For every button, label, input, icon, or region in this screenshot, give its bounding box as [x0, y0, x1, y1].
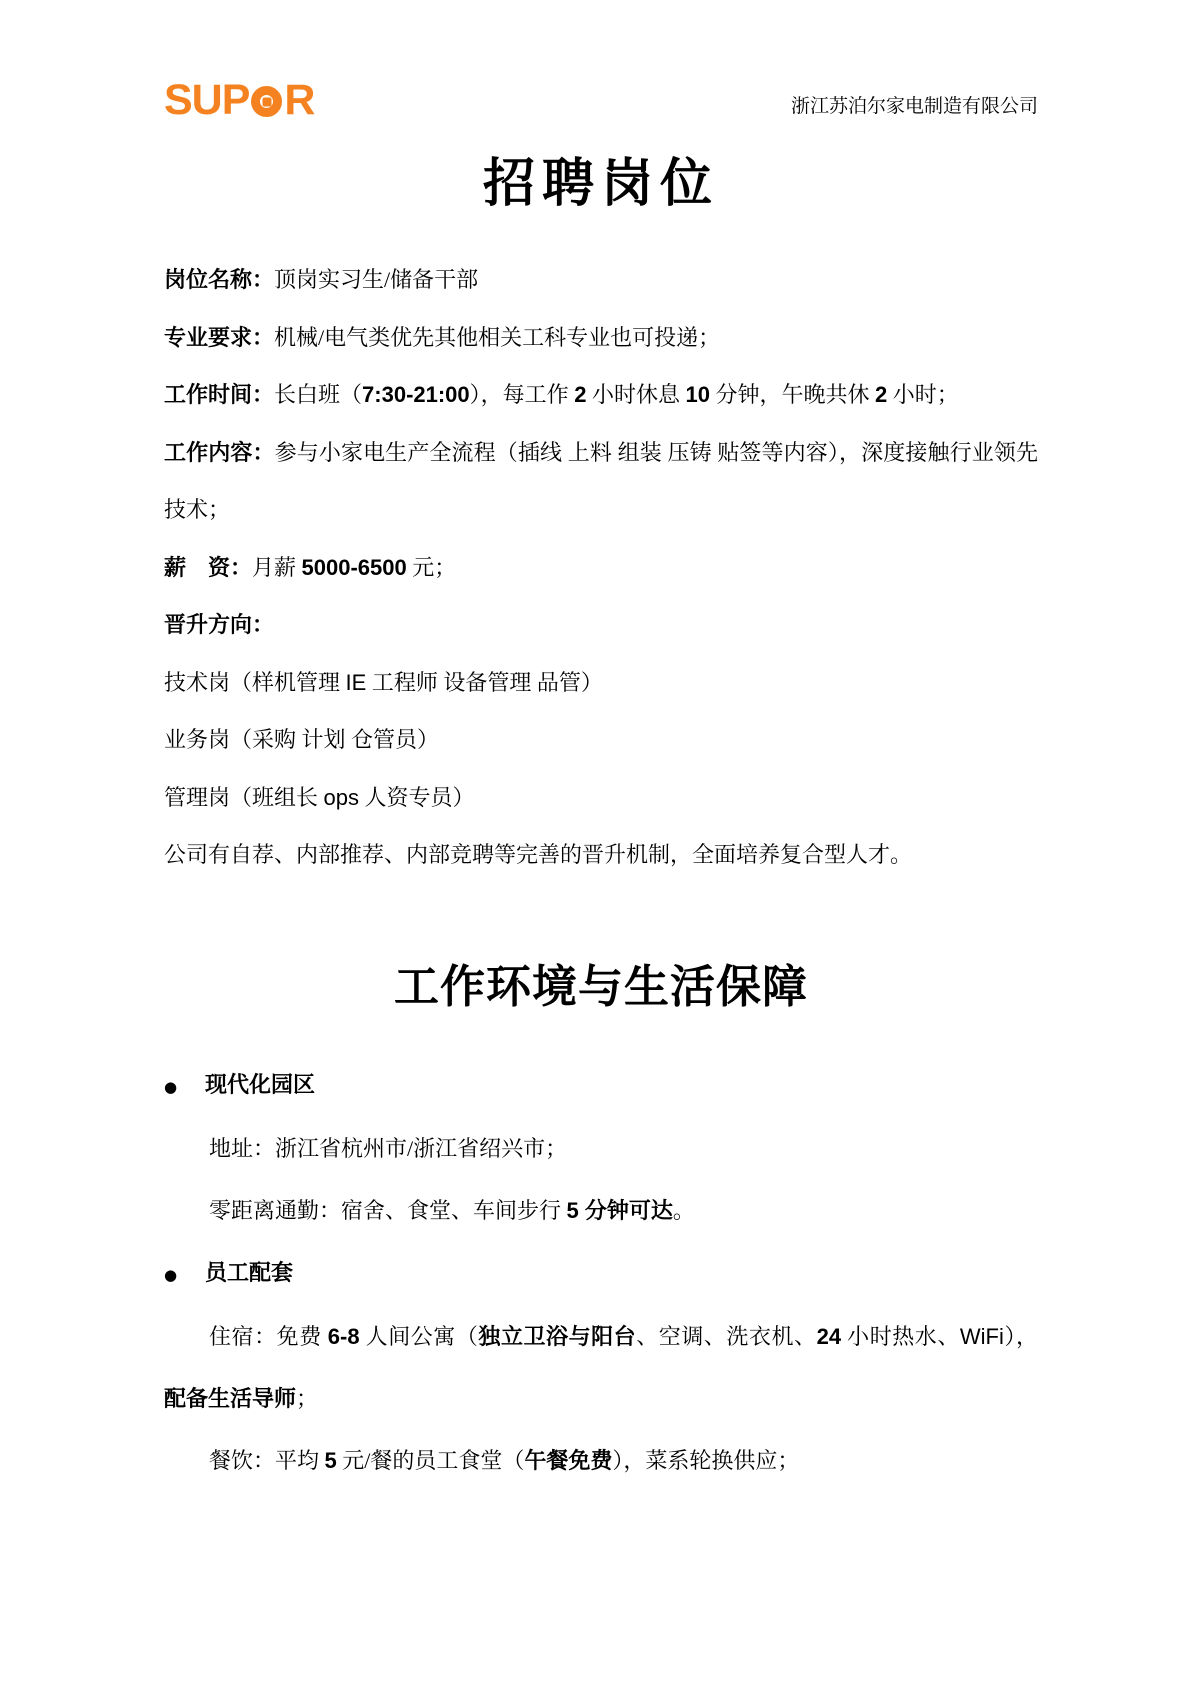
supor-logo: SUPR — [164, 79, 314, 122]
text-segment: 。 — [673, 1198, 695, 1223]
job-title-line: 岗位名称：顶岗实习生/储备干部 — [164, 251, 1038, 309]
text-segment: 、空调、洗衣机、 — [636, 1324, 816, 1349]
text-segment: 管理岗（班组长 — [164, 785, 324, 810]
text-bold-segment: 现代化园区 — [205, 1072, 315, 1097]
text-segment: 7:30-21:00 — [362, 382, 470, 407]
text-segment: 业务岗（采购 计划 仓管员） — [164, 727, 439, 752]
text-segment: 公司有自荐、内部推荐、内部竞聘等完善的晋升机制，全面培养复合型人才。 — [164, 842, 912, 867]
text-segment: 参与小家电生产全流程（插线 上料 组装 压铸 贴签等内容），深度接触行业领先技术… — [164, 440, 1038, 523]
text-segment: ），每工作 — [470, 382, 575, 407]
text-bold-segment: 晋升方向： — [164, 612, 274, 637]
promotion-mechanism-line: 公司有自荐、内部推荐、内部竞聘等完善的晋升机制，全面培养复合型人才。 — [164, 826, 1038, 884]
accommodation-line: 住宿：免费 6-8 人间公寓（独立卫浴与阳台、空调、洗衣机、24 小时热水、Wi… — [164, 1306, 1038, 1430]
text-bold-segment: 分钟可达 — [579, 1198, 673, 1223]
business-post-line: 业务岗（采购 计划 仓管员） — [164, 711, 1038, 769]
bullet-staff-facilities-label: 员工配套 — [205, 1260, 293, 1285]
salary-line: 薪 资：月薪 5000-6500 元； — [164, 539, 1038, 597]
commute-line: 零距离通勤：宿舍、食堂、车间步行 5 分钟可达。 — [164, 1180, 1038, 1242]
text-segment: 小时休息 — [586, 382, 685, 407]
text-segment: 2 — [875, 382, 887, 407]
text-bold-segment: 员工配套 — [205, 1260, 293, 1285]
text-segment: 工程师 设备管理 品管） — [366, 670, 603, 695]
text-segment: 零距离通勤：宿舍、食堂、车间步行 — [209, 1198, 567, 1223]
text-segment: 人资专员） — [359, 785, 475, 810]
section1-title: 招聘岗位 — [164, 152, 1038, 217]
text-segment: 24 — [817, 1324, 841, 1349]
work-time-line: 工作时间：长白班（7:30-21:00），每工作 2 小时休息 10 分钟，午晚… — [164, 366, 1038, 424]
document-page: SUPR 浙江苏泊尔家电制造有限公司 招聘岗位 岗位名称：顶岗实习生/储备干部 … — [0, 0, 1191, 1684]
text-bold-segment: 独立卫浴与阳台 — [478, 1324, 636, 1349]
company-name: 浙江苏泊尔家电制造有限公司 — [791, 96, 1038, 122]
text-bold-segment: 专业要求： — [164, 325, 274, 350]
dining-line: 餐饮：平均 5 元/餐的员工食堂（午餐免费），菜系轮换供应； — [164, 1430, 1038, 1492]
text-segment: 分钟，午晚共休 — [710, 382, 875, 407]
text-bold-segment: 午餐免费 — [524, 1448, 612, 1473]
bullet-icon: ● — [164, 1244, 205, 1306]
bullet-modern-campus-label: 现代化园区 — [205, 1072, 315, 1097]
recruitment-details: 岗位名称：顶岗实习生/储备干部 专业要求：机械/电气类优先其他相关工科专业也可投… — [164, 251, 1038, 884]
text-segment: ）， — [1004, 1324, 1038, 1349]
page-header: SUPR 浙江苏泊尔家电制造有限公司 — [164, 74, 1038, 122]
text-segment: 机械/电气类优先其他相关工科专业也可投递； — [274, 325, 720, 350]
tech-post-line: 技术岗（样机管理 IE 工程师 设备管理 品管） — [164, 654, 1038, 712]
text-segment: ops — [324, 785, 359, 810]
text-segment: 10 — [685, 382, 709, 407]
supor-o-icon — [251, 86, 282, 117]
text-segment: 元/餐的员工食堂（ — [337, 1448, 525, 1473]
text-segment: ； — [296, 1386, 318, 1411]
text-bold-segment: 工作内容： — [164, 440, 275, 465]
text-segment: 小时热水、 — [841, 1324, 960, 1349]
text-segment: 元； — [407, 555, 457, 580]
bullet-icon: ● — [164, 1056, 205, 1118]
text-segment: 长白班（ — [274, 382, 362, 407]
logo-text-r: R — [284, 79, 314, 122]
management-post-line: 管理岗（班组长 ops 人资专员） — [164, 769, 1038, 827]
text-segment: 5 — [325, 1448, 337, 1473]
text-segment: 小时； — [887, 382, 959, 407]
major-requirement-line: 专业要求：机械/电气类优先其他相关工科专业也可投递； — [164, 309, 1038, 367]
promotion-heading-line: 晋升方向： — [164, 596, 1038, 654]
text-segment: 技术岗（样机管理 — [164, 670, 346, 695]
text-segment: 5000-6500 — [302, 555, 407, 580]
text-bold-segment: 岗位名称： — [164, 267, 274, 292]
text-segment: 6-8 — [328, 1324, 360, 1349]
welfare-details: ●现代化园区 地址：浙江省杭州市/浙江省绍兴市； 零距离通勤：宿舍、食堂、车间步… — [164, 1054, 1038, 1492]
text-segment: 住宿：免费 — [209, 1324, 328, 1349]
logo-text-sup: SUP — [164, 79, 249, 122]
text-bold-segment: 配备生活导师 — [164, 1386, 296, 1411]
section2-title: 工作环境与生活保障 — [164, 958, 1038, 1017]
text-segment: 餐饮：平均 — [209, 1448, 325, 1473]
bullet-modern-campus: ●现代化园区 — [164, 1054, 1038, 1118]
text-segment: ），菜系轮换供应； — [612, 1448, 799, 1473]
text-segment: 顶岗实习生/储备干部 — [274, 267, 478, 292]
text-segment: 月薪 — [252, 555, 302, 580]
text-segment: 2 — [574, 382, 586, 407]
text-bold-segment: 薪 资： — [164, 555, 252, 580]
text-segment: WiFi — [960, 1324, 1004, 1349]
text-segment: 5 — [567, 1198, 579, 1223]
text-bold-segment: 工作时间： — [164, 382, 274, 407]
text-segment: 地址：浙江省杭州市/浙江省绍兴市； — [209, 1136, 567, 1161]
text-segment: IE — [346, 670, 367, 695]
address-line: 地址：浙江省杭州市/浙江省绍兴市； — [164, 1118, 1038, 1180]
bullet-staff-facilities: ●员工配套 — [164, 1242, 1038, 1306]
work-content-line: 工作内容：参与小家电生产全流程（插线 上料 组装 压铸 贴签等内容），深度接触行… — [164, 424, 1038, 539]
text-segment: 人间公寓（ — [360, 1324, 479, 1349]
